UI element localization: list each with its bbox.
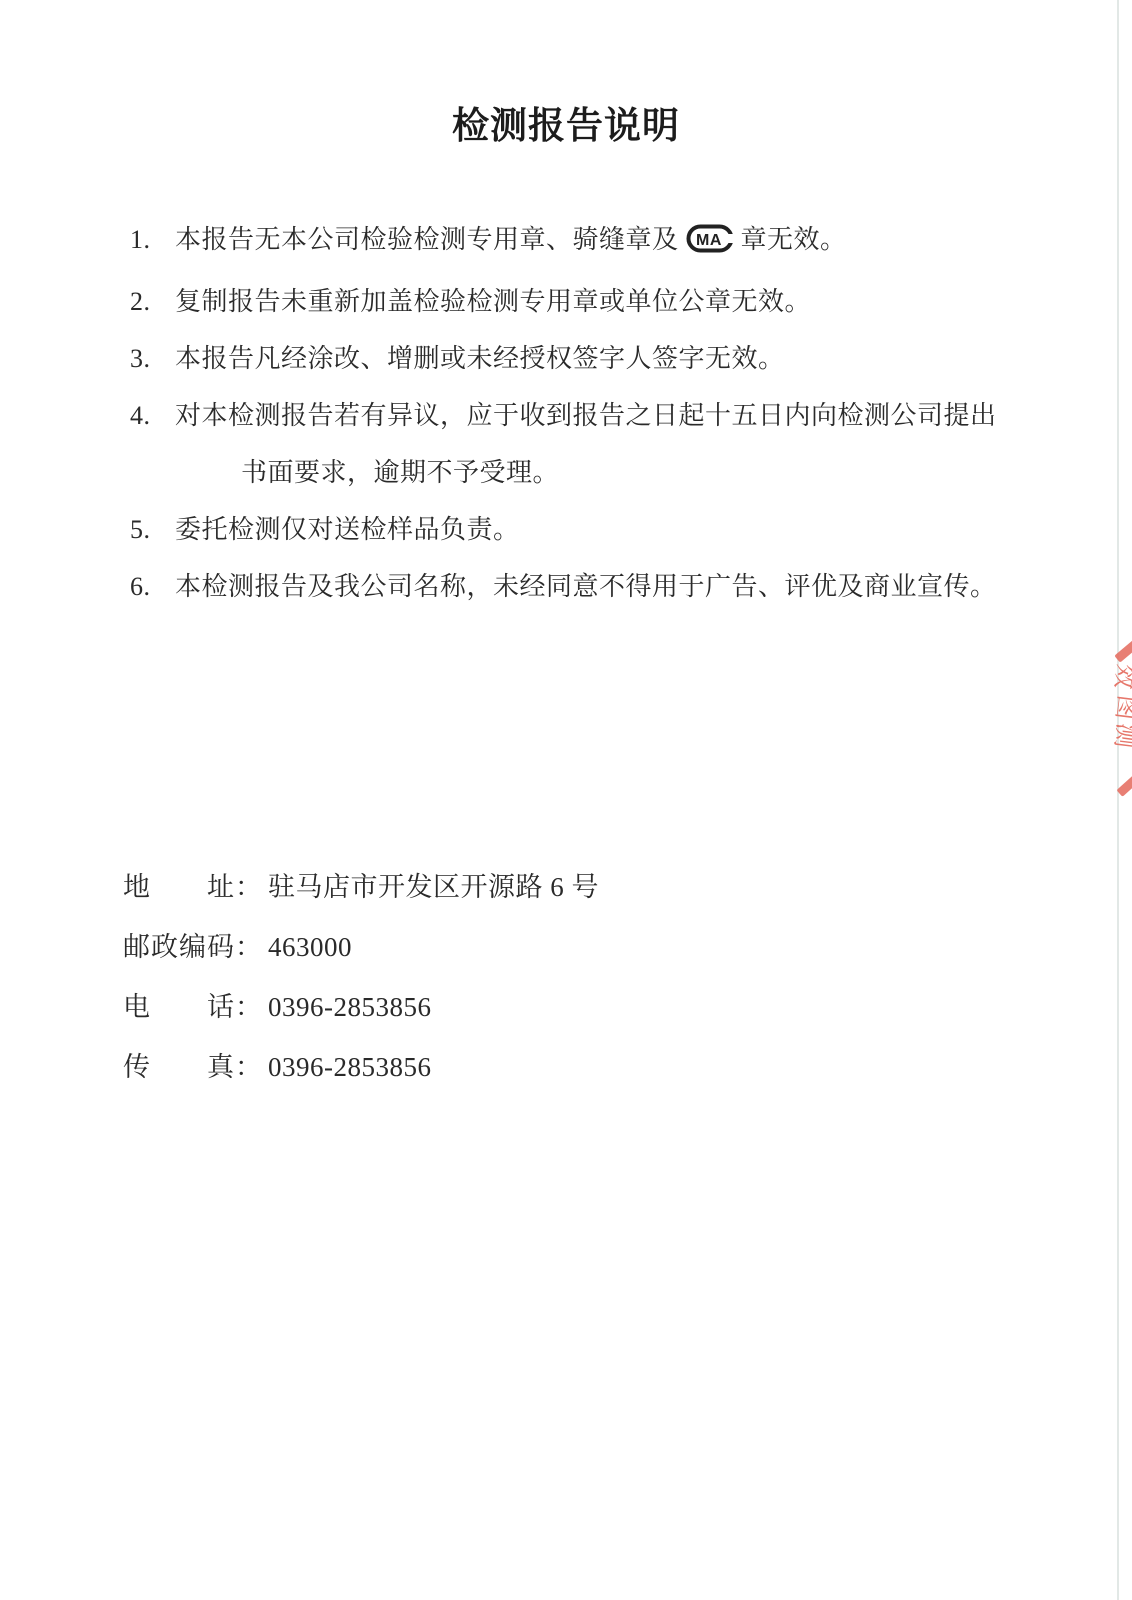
note-1-post: 章无效。 bbox=[741, 225, 847, 254]
note-text: 对本检测报告若有异议，应于收到报告之日起十五日内向检测公司提出 bbox=[175, 387, 997, 444]
note-item-4: 4. 对本检测报告若有异议，应于收到报告之日起十五日内向检测公司提出 bbox=[130, 387, 1020, 444]
note-number-empty bbox=[130, 444, 175, 501]
note-text: 委托检测仅对送检样品负责。 bbox=[175, 501, 520, 558]
cma-mark-icon: MA bbox=[686, 216, 734, 273]
seal-character: 测 bbox=[1111, 722, 1132, 750]
note-item-3: 3. 本报告凡经涂改、增删或未经授权签字人签字无效。 bbox=[130, 330, 1020, 387]
postcode-value: 463000 bbox=[268, 917, 352, 977]
phone-value: 0396-2853856 bbox=[268, 977, 432, 1037]
notes-list: 1. 本报告无本公司检验检测专用章、骑缝章及MA章无效。 2. 复制报告未重新加… bbox=[130, 211, 1020, 615]
note-number: 5. bbox=[130, 501, 175, 558]
note-item-4-continuation: 书面要求，逾期不予受理。 bbox=[130, 444, 1020, 501]
note-item-6: 6. 本检测报告及我公司名称，未经同意不得用于广告、评优及商业宣传。 bbox=[130, 558, 1020, 615]
contact-row-fax: 传 真： 0396-2853856 bbox=[123, 1037, 1132, 1097]
address-value: 驻马店市开发区开源路 6 号 bbox=[268, 857, 599, 917]
fax-value: 0396-2853856 bbox=[268, 1037, 432, 1097]
note-number: 6. bbox=[130, 558, 175, 615]
phone-label: 电 话： bbox=[123, 977, 268, 1037]
note-1-pre: 本报告无本公司检验检测专用章、骑缝章及 bbox=[175, 225, 679, 254]
note-text: 本报告无本公司检验检测专用章、骑缝章及MA章无效。 bbox=[175, 211, 847, 273]
note-item-5: 5. 委托检测仅对送检样品负责。 bbox=[130, 501, 1020, 558]
note-item-2: 2. 复制报告未重新加盖检验检测专用章或单位公章无效。 bbox=[130, 273, 1020, 330]
seal-character: 效 bbox=[1111, 663, 1132, 691]
note-number: 4. bbox=[130, 387, 175, 444]
contact-section: 地 址： 驻马店市开发区开源路 6 号 邮政编码： 463000 电 话： 03… bbox=[123, 857, 1132, 1097]
note-text: 本检测报告及我公司名称，未经同意不得用于广告、评优及商业宣传。 bbox=[175, 558, 997, 615]
note-text: 本报告凡经涂改、增删或未经授权签字人签字无效。 bbox=[175, 330, 785, 387]
address-label: 地 址： bbox=[123, 857, 268, 917]
note-text: 书面要求，逾期不予受理。 bbox=[175, 444, 559, 501]
scan-edge-line bbox=[1117, 0, 1119, 1600]
note-text: 复制报告未重新加盖检验检测专用章或单位公章无效。 bbox=[175, 273, 811, 330]
fax-label: 传 真： bbox=[123, 1037, 268, 1097]
scanned-report-notes-page: { "title": "检测报告说明", "notes": [ { "num":… bbox=[0, 0, 1132, 1600]
contact-row-postcode: 邮政编码： 463000 bbox=[123, 917, 1132, 977]
contact-row-address: 地 址： 驻马店市开发区开源路 6 号 bbox=[123, 857, 1132, 917]
note-item-1: 1. 本报告无本公司检验检测专用章、骑缝章及MA章无效。 bbox=[130, 211, 1020, 273]
note-number: 2. bbox=[130, 273, 175, 330]
cma-mark-label: MA bbox=[696, 232, 722, 249]
seal-character: 图 bbox=[1112, 694, 1132, 722]
postcode-label: 邮政编码： bbox=[123, 917, 268, 977]
contact-row-phone: 电 话： 0396-2853856 bbox=[123, 977, 1132, 1037]
note-number: 3. bbox=[130, 330, 175, 387]
note-number: 1. bbox=[130, 211, 175, 273]
page-title: 检测报告说明 bbox=[0, 0, 1132, 149]
